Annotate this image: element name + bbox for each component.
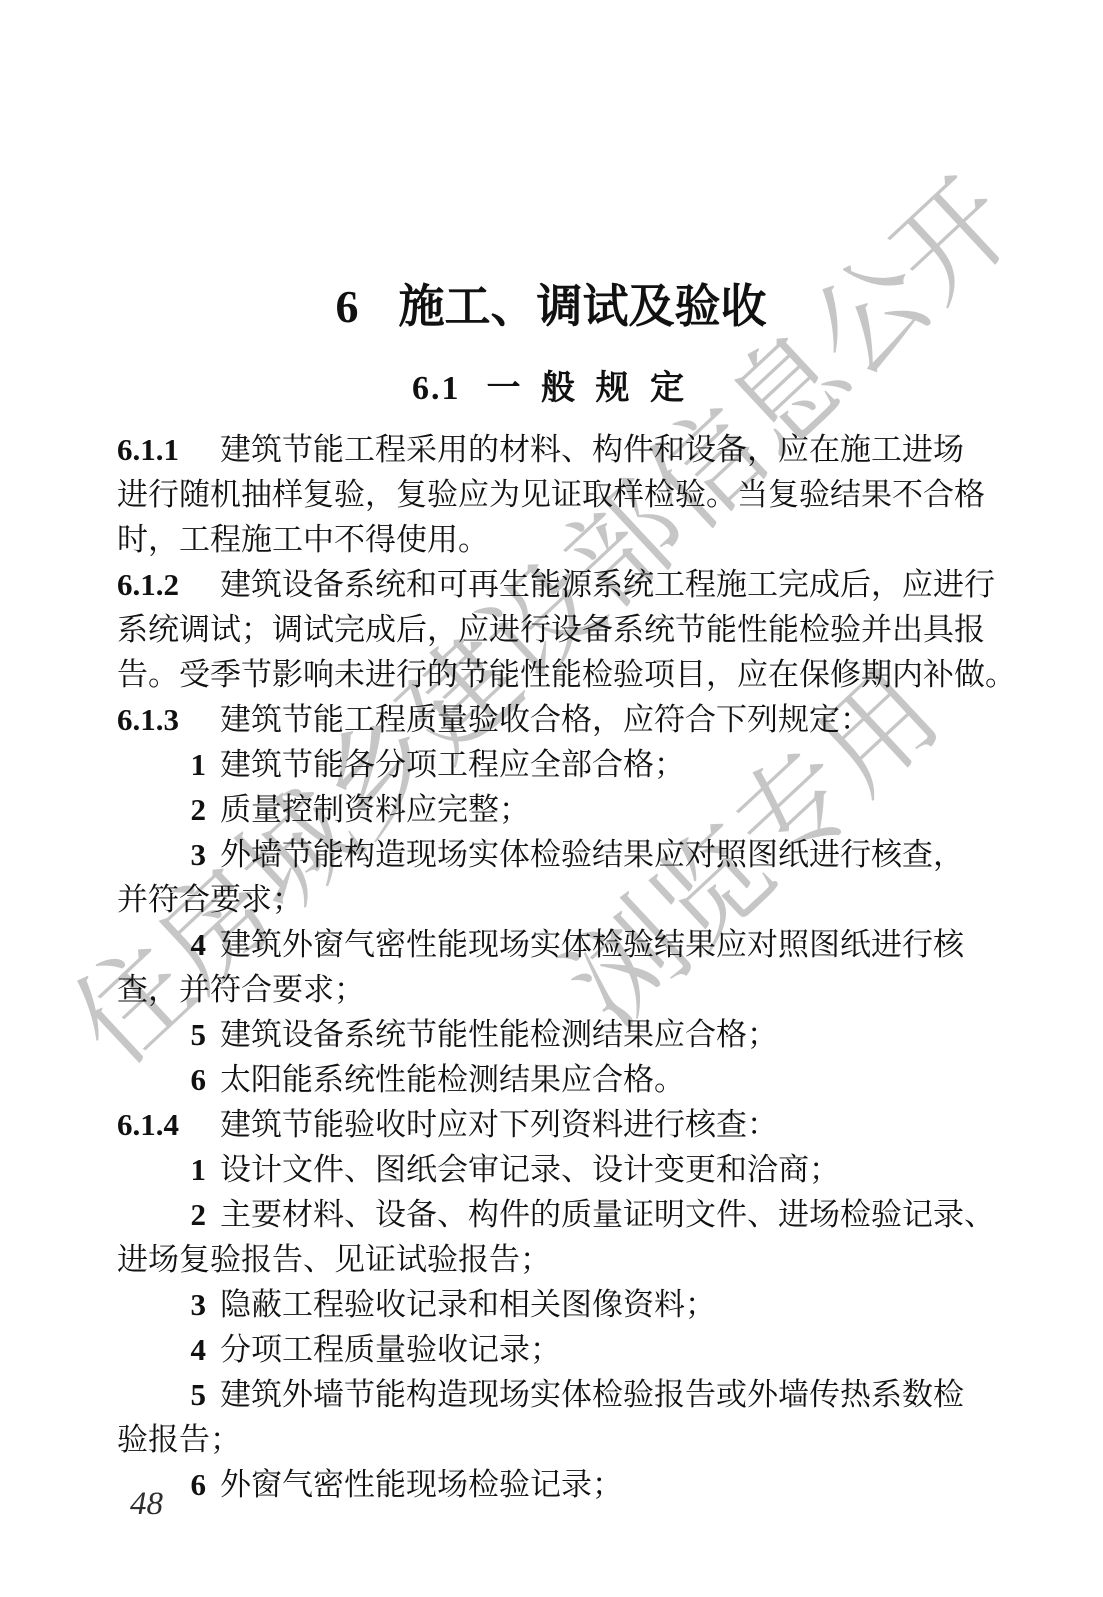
section-number: 6.1 [412, 370, 461, 407]
line-text: 建筑节能各分项工程应全部合格； [220, 747, 685, 782]
item-line: 6太阳能系统性能检测结果应合格。 [117, 1057, 1017, 1102]
item-line: 5建筑设备系统节能性能检测结果应合格； [117, 1012, 1017, 1057]
item-number: 3 [117, 1282, 220, 1327]
clause-number: 6.1.3 [117, 697, 220, 742]
line-text: 建筑外窗气密性能现场实体检验结果应对照图纸进行核 [220, 927, 964, 962]
line-text: 隐蔽工程验收记录和相关图像资料； [220, 1287, 716, 1322]
item-number: 4 [117, 922, 220, 967]
item-number: 4 [117, 1327, 220, 1372]
line-text: 进行随机抽样复验，复验应为见证取样检验。当复验结果不合格 [117, 477, 985, 512]
continuation-line: 系统调试；调试完成后，应进行设备系统节能性能检验并出具报 [117, 607, 1017, 652]
item-line: 4分项工程质量验收记录； [117, 1327, 1017, 1372]
item-line: 1建筑节能各分项工程应全部合格； [117, 742, 1017, 787]
line-text: 建筑节能工程质量验收合格，应符合下列规定： [220, 702, 871, 737]
item-line: 1设计文件、图纸会审记录、设计变更和洽商； [117, 1147, 1017, 1192]
continuation-line: 并符合要求； [117, 877, 1017, 922]
line-text: 主要材料、设备、构件的质量证明文件、进场检验记录、 [220, 1197, 995, 1232]
item-line: 2主要材料、设备、构件的质量证明文件、进场检验记录、 [117, 1192, 1017, 1237]
line-text: 外窗气密性能现场检验记录； [220, 1467, 623, 1502]
page-number: 48 [130, 1486, 163, 1523]
continuation-line: 验报告； [117, 1417, 1017, 1462]
continuation-line: 告。受季节影响未进行的节能性能检验项目，应在保修期内补做。 [117, 652, 1017, 697]
continuation-line: 查，并符合要求； [117, 967, 1017, 1012]
item-number: 5 [117, 1372, 220, 1417]
line-text: 系统调试；调试完成后，应进行设备系统节能性能检验并出具报 [117, 612, 985, 647]
clause-number: 6.1.1 [117, 427, 220, 472]
page-content: 6施工、调试及验收 6.1一 般 规 定 6.1.1建筑节能工程采用的材料、构件… [0, 0, 1103, 1597]
line-text: 外墙节能构造现场实体检验结果应对照图纸进行核查， [220, 837, 964, 872]
body-lines: 6.1.1建筑节能工程采用的材料、构件和设备，应在施工进场进行随机抽样复验，复验… [117, 427, 1017, 1507]
item-number: 3 [117, 832, 220, 877]
line-text: 验报告； [117, 1422, 241, 1457]
clause-line: 6.1.3建筑节能工程质量验收合格，应符合下列规定： [117, 697, 1017, 742]
chapter-heading: 6施工、调试及验收 [117, 270, 985, 336]
line-text: 时，工程施工中不得使用。 [117, 522, 489, 557]
item-number: 5 [117, 1012, 220, 1057]
line-text: 进场复验报告、见证试验报告； [117, 1242, 551, 1277]
chapter-title: 施工、调试及验收 [399, 281, 767, 332]
line-text: 建筑设备系统节能性能检测结果应合格； [220, 1017, 778, 1052]
section-heading: 6.1一 般 规 定 [117, 360, 985, 409]
clause-number: 6.1.2 [117, 562, 220, 607]
section-title: 一 般 规 定 [487, 370, 691, 407]
item-line: 2质量控制资料应完整； [117, 787, 1017, 832]
clause-line: 6.1.2建筑设备系统和可再生能源系统工程施工完成后，应进行 [117, 562, 1017, 607]
item-number: 1 [117, 1147, 220, 1192]
line-text: 建筑节能验收时应对下列资料进行核查： [220, 1107, 778, 1142]
continuation-line: 进场复验报告、见证试验报告； [117, 1237, 1017, 1282]
clause-number: 6.1.4 [117, 1102, 220, 1147]
continuation-line: 进行随机抽样复验，复验应为见证取样检验。当复验结果不合格 [117, 472, 1017, 517]
line-text: 建筑外墙节能构造现场实体检验报告或外墙传热系数检 [220, 1377, 964, 1412]
continuation-line: 时，工程施工中不得使用。 [117, 517, 1017, 562]
chapter-number: 6 [336, 281, 359, 332]
item-line: 6外窗气密性能现场检验记录； [117, 1462, 1017, 1507]
item-number: 2 [117, 787, 220, 832]
line-text: 分项工程质量验收记录； [220, 1332, 561, 1367]
item-line: 5建筑外墙节能构造现场实体检验报告或外墙传热系数检 [117, 1372, 1017, 1417]
item-line: 3隐蔽工程验收记录和相关图像资料； [117, 1282, 1017, 1327]
item-number: 1 [117, 742, 220, 787]
line-text: 建筑设备系统和可再生能源系统工程施工完成后，应进行 [220, 567, 995, 602]
clause-line: 6.1.4建筑节能验收时应对下列资料进行核查： [117, 1102, 1017, 1147]
line-text: 建筑节能工程采用的材料、构件和设备，应在施工进场 [220, 432, 964, 467]
line-text: 查，并符合要求； [117, 972, 365, 1007]
line-text: 太阳能系统性能检测结果应合格。 [220, 1062, 685, 1097]
item-line: 3外墙节能构造现场实体检验结果应对照图纸进行核查， [117, 832, 1017, 877]
line-text: 并符合要求； [117, 882, 303, 917]
line-text: 设计文件、图纸会审记录、设计变更和洽商； [220, 1152, 840, 1187]
line-text: 质量控制资料应完整； [220, 792, 530, 827]
item-number: 2 [117, 1192, 220, 1237]
line-text: 告。受季节影响未进行的节能性能检验项目，应在保修期内补做。 [117, 657, 1016, 692]
clause-line: 6.1.1建筑节能工程采用的材料、构件和设备，应在施工进场 [117, 427, 1017, 472]
document-page: 住房城乡建设部信息公开 浏览专用 6施工、调试及验收 6.1一 般 规 定 6.… [0, 0, 1103, 1597]
item-line: 4建筑外窗气密性能现场实体检验结果应对照图纸进行核 [117, 922, 1017, 967]
item-number: 6 [117, 1057, 220, 1102]
